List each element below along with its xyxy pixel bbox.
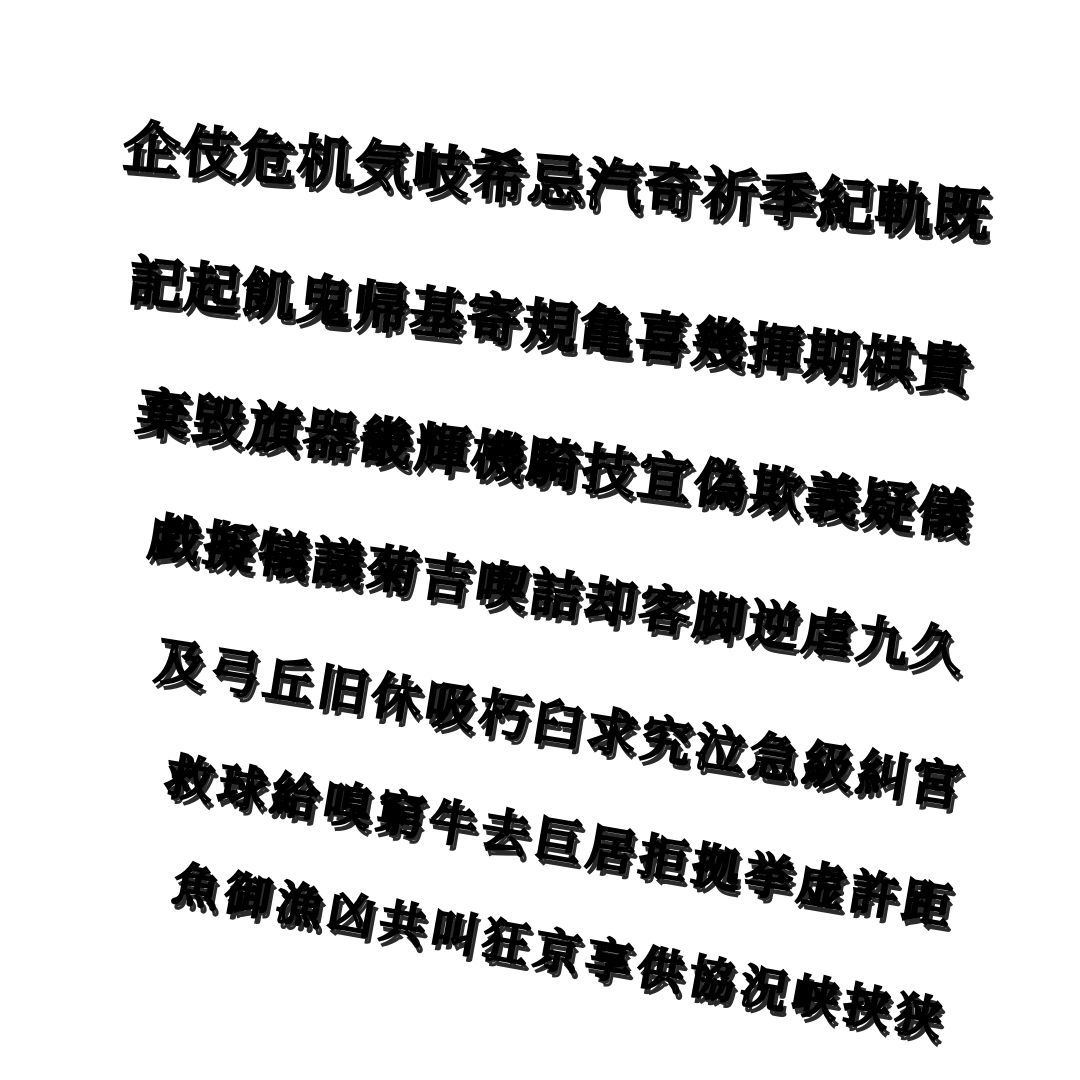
kanji-row-3: 棄毀旗器畿輝機騎技宜偽欺義疑儀 棄毀旗器畿輝機騎技宜偽欺義疑儀 — [133, 386, 976, 544]
kanji-row-2: 記起飢鬼帰基寄規亀喜幾揮期棋貴 記起飢鬼帰基寄規亀喜幾揮期棋貴 — [126, 254, 976, 399]
kanji-row-1-face-copy: 企伎危机気岐希忌汽奇祈季紀軌既 — [121, 115, 993, 250]
kanji-row-1: 企伎危机気岐希忌汽奇祈季紀軌既 企伎危机気岐希忌汽奇祈季紀軌既 — [122, 120, 994, 246]
kanji-sheet: 企伎危机気岐希忌汽奇祈季紀軌既 企伎危机気岐希忌汽奇祈季紀軌既 記起飢鬼帰基寄規… — [0, 0, 1080, 1080]
